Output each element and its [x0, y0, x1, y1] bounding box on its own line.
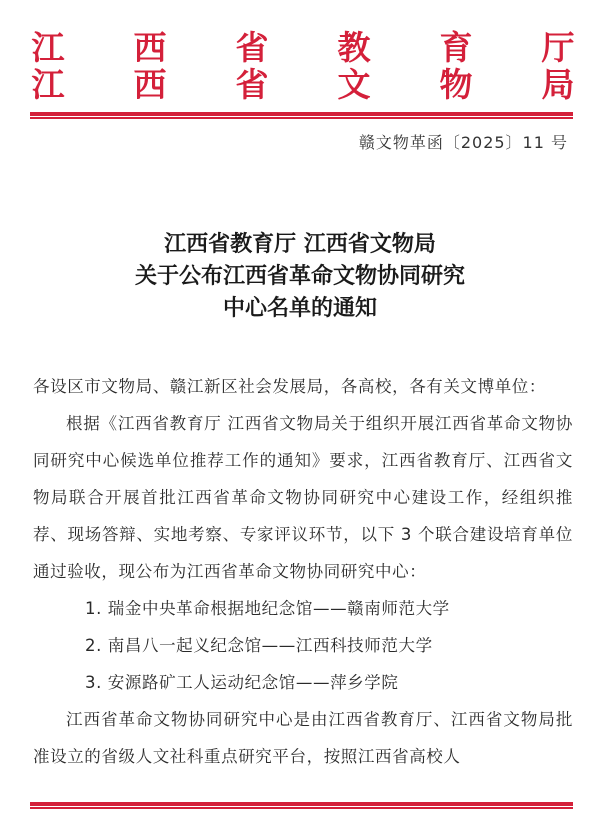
letterhead-char: 西 [132, 30, 168, 66]
footer-red-rule [30, 802, 573, 807]
letterhead-education-dept: 江 西 省 教 育 厅 [30, 30, 576, 66]
letterhead-char: 教 [336, 30, 372, 66]
letterhead-char: 西 [132, 67, 168, 103]
letterhead-char: 物 [438, 67, 474, 103]
letterhead-char: 育 [438, 30, 474, 66]
list-item: 1. 瑞金中央革命根据地纪念馆——赣南师范大学 [33, 590, 573, 627]
document-body: 各设区市文物局、赣江新区社会发展局，各高校，各有关文博单位： 根据《江西省教育厅… [33, 368, 573, 775]
letterhead-char: 省 [234, 67, 270, 103]
paragraph: 江西省革命文物协同研究中心是由江西省教育厅、江西省文物局批准设立的省级人文社科重… [33, 701, 573, 775]
title-line-1: 江西省教育厅 江西省文物局 [0, 228, 600, 260]
title-line-3: 中心名单的通知 [0, 292, 600, 324]
letterhead-char: 厅 [540, 30, 576, 66]
letterhead-char: 江 [30, 30, 66, 66]
letterhead-char: 局 [540, 67, 576, 103]
letterhead-red-rule [30, 112, 573, 117]
letterhead-char: 省 [234, 30, 270, 66]
title-line-2: 关于公布江西省革命文物协同研究 [0, 260, 600, 292]
list-item: 2. 南昌八一起义纪念馆——江西科技师范大学 [33, 627, 573, 664]
letterhead-char: 文 [336, 67, 372, 103]
document-title: 江西省教育厅 江西省文物局 关于公布江西省革命文物协同研究 中心名单的通知 [0, 228, 600, 324]
paragraph: 根据《江西省教育厅 江西省文物局关于组织开展江西省革命文物协同研究中心候选单位推… [33, 405, 573, 590]
letterhead-cultural-relics-bureau: 江 西 省 文 物 局 [30, 67, 576, 103]
salutation: 各设区市文物局、赣江新区社会发展局，各高校，各有关文博单位： [33, 368, 573, 405]
letterhead-char: 江 [30, 67, 66, 103]
document-number: 赣文物革函〔2025〕11 号 [359, 130, 568, 153]
list-item: 3. 安源路矿工人运动纪念馆——萍乡学院 [33, 664, 573, 701]
